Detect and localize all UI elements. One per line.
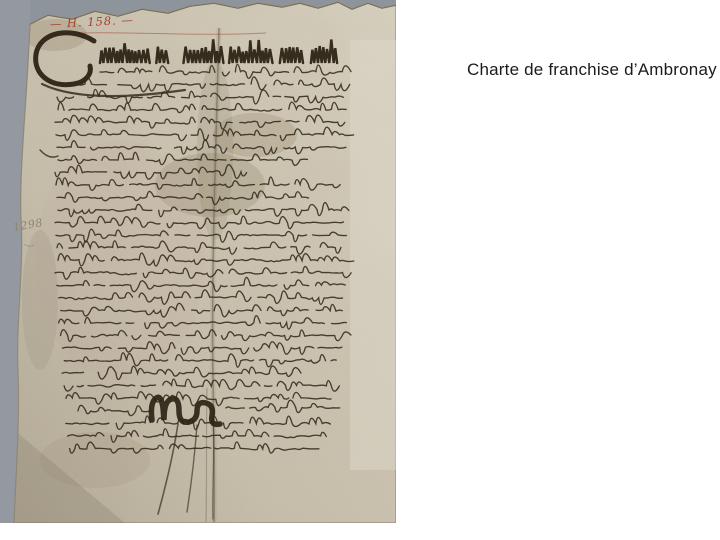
manuscript-photo-drawing: — H. 158. — 1298 [0,0,396,523]
manuscript-photo: — H. 158. — 1298 [0,0,396,523]
slide-title: Charte de franchise d’Ambronay [467,60,717,80]
slide: — H. 158. — 1298 C [0,0,720,540]
